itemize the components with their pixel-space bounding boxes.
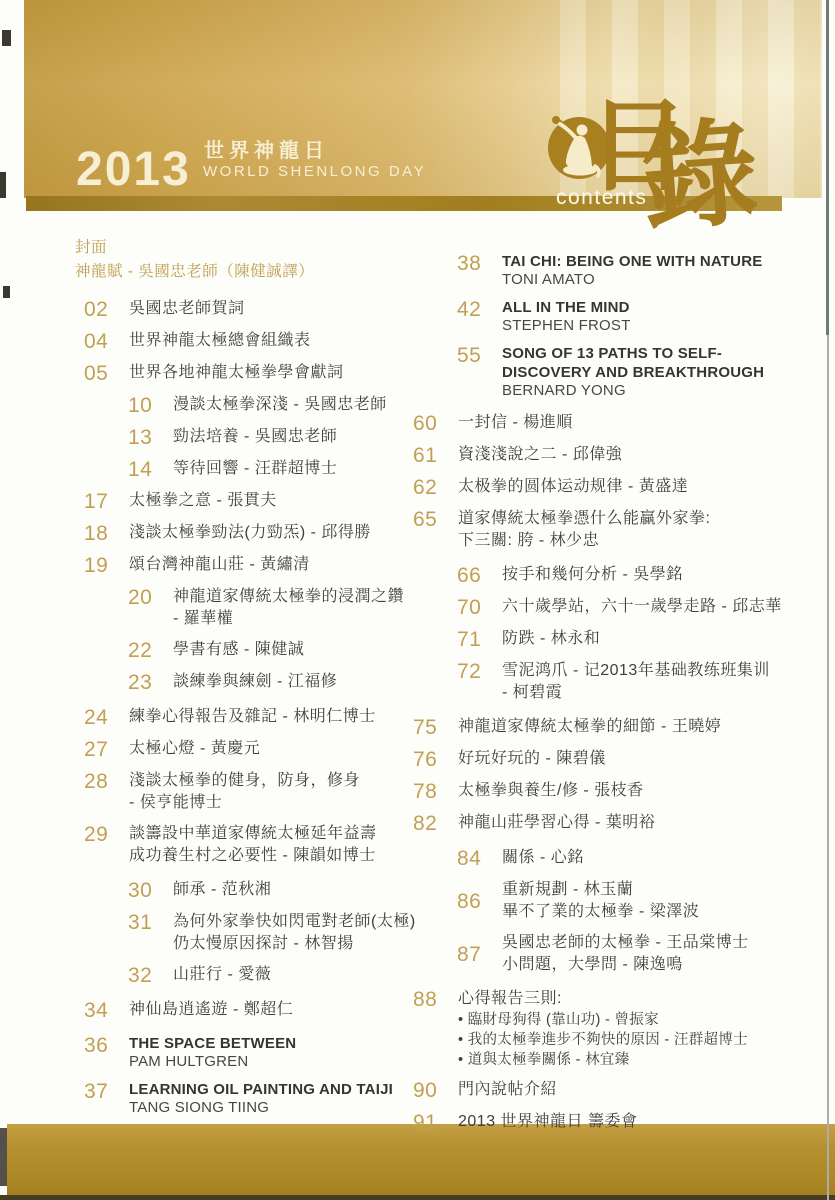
toc-page-number: 62 <box>413 476 443 499</box>
toc-title: 談練拳與練劍 - 江福修 <box>173 671 449 693</box>
header-title-english: WORLD SHENLONG DAY <box>203 163 426 180</box>
toc-title: 六十歲學站，六十一歲學走路 - 邱志華 <box>502 596 813 618</box>
toc-entry-text: 2013 世界神龍日 籌委會 <box>458 1111 813 1133</box>
toc-page-number: 72 <box>457 660 487 683</box>
toc-title: 畢不了業的太極拳 - 梁澤波 <box>502 901 813 923</box>
toc-title: 仍太慢原因探討 - 林智揚 <box>173 933 449 955</box>
toc-entry-text: 太極拳之意 - 張貫夫 <box>129 490 449 512</box>
contents-label: contents <box>556 186 647 210</box>
toc-entry: 17太極拳之意 - 張貫夫 <box>84 490 449 513</box>
toc-entry-text: 防跌 - 林永和 <box>502 628 813 650</box>
scan-artifact <box>0 172 6 198</box>
toc-page-number: 02 <box>84 298 114 321</box>
toc-entry: 32山莊行 - 愛薇 <box>128 964 449 987</box>
toc-title: - 侯亨能博士 <box>129 792 449 814</box>
toc-title: 資淺淺說之二 - 邱偉強 <box>458 444 813 466</box>
toc-entry: 72雪泥鸿爪 - 记2013年基础教练班集训- 柯碧霞 <box>457 660 813 704</box>
toc-entry: 18淺談太極拳勁法(力勁炁) - 邱得勝 <box>84 522 449 545</box>
toc-entry-text: 為何外家拳快如閃電對老師(太極)仍太慢原因探討 - 林智揚 <box>173 911 449 955</box>
toc-title: 重新規劃 - 林玉蘭 <box>502 879 813 901</box>
toc-entry: 84關係 - 心銘 <box>457 847 813 870</box>
toc-entry-text: 太極拳與養生/修 - 張枝香 <box>458 780 813 802</box>
toc-page-number: 42 <box>457 298 487 321</box>
toc-entry-text: 練拳心得報告及雜記 - 林明仁博士 <box>129 706 449 728</box>
toc-entry: 36THE SPACE BETWEENPAM HULTGREN <box>84 1034 449 1071</box>
toc-entry: 20神龍道家傳統太極拳的浸潤之鑽- 羅華權 <box>128 586 449 630</box>
toc-entry-text: 道家傳統太極拳憑什么能贏外家拳:下三關: 胯 - 林少忠 <box>458 508 813 552</box>
toc-entry-text: 關係 - 心銘 <box>502 847 813 869</box>
toc-page-number: 19 <box>84 554 114 577</box>
toc-entry: 62太极拳的圆体运动规律 - 黃盛達 <box>413 476 813 499</box>
toc-page-number: 14 <box>128 458 158 481</box>
toc-entry-text: 神龍道家傳統太極拳的浸潤之鑽- 羅華權 <box>173 586 449 630</box>
toc-title: THE SPACE BETWEEN <box>129 1034 449 1053</box>
toc-title: 心得報告三則: <box>458 988 813 1010</box>
toc-page-number: 36 <box>84 1034 114 1057</box>
scan-artifact <box>3 286 10 298</box>
toc-author: BERNARD YONG <box>502 382 813 400</box>
toc-entry: 24練拳心得報告及雜記 - 林明仁博士 <box>84 706 449 729</box>
header-title-chinese: 世界神龍日 <box>204 134 329 163</box>
toc-page-number: 32 <box>128 964 158 987</box>
toc-title: 2013 世界神龍日 籌委會 <box>458 1111 813 1133</box>
toc-title: 淺談太極拳勁法(力勁炁) - 邱得勝 <box>129 522 449 544</box>
toc-page-number: 37 <box>84 1080 114 1103</box>
toc-title: ALL IN THE MIND <box>502 298 813 317</box>
toc-page-number: 13 <box>128 426 158 449</box>
toc-entry-text: 神龍山莊學習心得 - 葉明裕 <box>458 812 813 834</box>
toc-entry: 19頌台灣神龍山莊 - 黃繡清 <box>84 554 449 577</box>
toc-entry-text: 太极拳的圆体运动规律 - 黃盛達 <box>458 476 813 498</box>
toc-entry-text: 淺談太極拳的健身，防身，修身- 侯亨能博士 <box>129 770 449 814</box>
toc-entry: 27太極心燈 - 黃慶元 <box>84 738 449 761</box>
toc-title: 太极拳的圆体运动规律 - 黃盛達 <box>458 476 813 498</box>
toc-title: 下三關: 胯 - 林少忠 <box>458 530 813 552</box>
toc-entry: 61資淺淺說之二 - 邱偉強 <box>413 444 813 467</box>
toc-entry-text: LEARNING OIL PAINTING AND TAIJITANG SION… <box>129 1080 449 1117</box>
toc-entry-text: THE SPACE BETWEENPAM HULTGREN <box>129 1034 449 1071</box>
toc-title: 防跌 - 林永和 <box>502 628 813 650</box>
toc-page-number: 27 <box>84 738 114 761</box>
toc-entry: 29談籌設中華道家傳統太極延年益壽成功養生村之必要性 - 陳韻如博士 <box>84 823 449 867</box>
toc-title: 神仙島逍遙遊 - 鄭超仁 <box>129 999 449 1021</box>
toc-entry: 76好玩好玩的 - 陳碧儀 <box>413 748 813 771</box>
toc-intro-line: 神龍賦 - 吳國忠老師（陳健誠譯） <box>75 260 449 284</box>
toc-entry: 04世界神龍太極總會組織表 <box>84 330 449 353</box>
toc-title: 吳國忠老師賀詞 <box>129 298 449 320</box>
toc-title: 等待回響 - 汪群超博士 <box>173 458 449 480</box>
toc-entry-text: 吳國忠老師的太極拳 - 王品棠博士小問題，大學問 - 陳逸鳴 <box>502 932 813 976</box>
toc-page-number: 29 <box>84 823 114 846</box>
toc-entry: 34神仙島逍遙遊 - 鄭超仁 <box>84 999 449 1022</box>
toc-entry-text: 頌台灣神龍山莊 - 黃繡清 <box>129 554 449 576</box>
toc-entry: 86重新規劃 - 林玉蘭畢不了業的太極拳 - 梁澤波 <box>457 879 813 923</box>
toc-title: 師承 - 范秋湘 <box>173 879 449 901</box>
toc-column-right: 38TAI CHI: BEING ONE WITH NATURETONI AMA… <box>413 252 813 1143</box>
toc-page-number: 76 <box>413 748 443 771</box>
toc-title: 好玩好玩的 - 陳碧儀 <box>458 748 813 770</box>
toc-page-number: 20 <box>128 586 158 609</box>
toc-entry-text: 好玩好玩的 - 陳碧儀 <box>458 748 813 770</box>
toc-title: 學書有感 - 陳健誠 <box>173 639 449 661</box>
toc-entry: 71防跌 - 林永和 <box>457 628 813 651</box>
toc-page-number: 24 <box>84 706 114 729</box>
toc-entry: 78太極拳與養生/修 - 張枝香 <box>413 780 813 803</box>
toc-title: 山莊行 - 愛薇 <box>173 964 449 986</box>
toc-entry-text: 談籌設中華道家傳統太極延年益壽成功養生村之必要性 - 陳韻如博士 <box>129 823 449 867</box>
toc-entry: 37LEARNING OIL PAINTING AND TAIJITANG SI… <box>84 1080 449 1117</box>
toc-entry: 14等待回響 - 汪群超博士 <box>128 458 449 481</box>
toc-page-number: 84 <box>457 847 487 870</box>
toc-intro: 封面 神龍賦 - 吳國忠老師（陳健誠譯） <box>75 236 449 284</box>
scan-artifact <box>2 30 11 46</box>
toc-page-number: 86 <box>457 890 487 913</box>
toc-entry: 82神龍山莊學習心得 - 葉明裕 <box>413 812 813 835</box>
toc-page-number: 05 <box>84 362 114 385</box>
toc-title: 雪泥鸿爪 - 记2013年基础教练班集训 <box>502 660 813 682</box>
toc-title: 神龍道家傳統太極拳的細節 - 王曉婷 <box>458 716 813 738</box>
toc-page-number: 87 <box>457 943 487 966</box>
toc-title: 為何外家拳快如閃電對老師(太極) <box>173 911 449 933</box>
toc-title: 一封信 - 楊進順 <box>458 412 813 434</box>
toc-page-number: 23 <box>128 671 158 694</box>
toc-page-number: 31 <box>128 911 158 934</box>
toc-page-number: 28 <box>84 770 114 793</box>
toc-title: 神龍山莊學習心得 - 葉明裕 <box>458 812 813 834</box>
toc-page-number: 04 <box>84 330 114 353</box>
toc-entry-text: 等待回響 - 汪群超博士 <box>173 458 449 480</box>
toc-entry: 13勁法培養 - 吳國忠老師 <box>128 426 449 449</box>
toc-entry-text: TAI CHI: BEING ONE WITH NATURETONI AMATO <box>502 252 813 289</box>
toc-page-number: 66 <box>457 564 487 587</box>
toc-title: 成功養生村之必要性 - 陳韻如博士 <box>129 845 449 867</box>
toc-author: TONI AMATO <box>502 271 813 289</box>
toc-entry: 87吳國忠老師的太極拳 - 王品棠博士小問題，大學問 - 陳逸鳴 <box>457 932 813 976</box>
toc-page-number: 60 <box>413 412 443 435</box>
toc-title: 太極心燈 - 黃慶元 <box>129 738 449 760</box>
toc-author: STEPHEN FROST <box>502 317 813 335</box>
toc-page-number: 88 <box>413 988 443 1011</box>
toc-page-number: 38 <box>457 252 487 275</box>
toc-entry: 88心得報告三則:• 臨財母狗得 (靠山功) - 曾振家• 我的太極拳進步不夠快… <box>413 988 813 1070</box>
toc-entry-text: 山莊行 - 愛薇 <box>173 964 449 986</box>
toc-entry: 22學書有感 - 陳健誠 <box>128 639 449 662</box>
toc-title: 太極拳與養生/修 - 張枝香 <box>458 780 813 802</box>
toc-entry: 66按手和幾何分析 - 吳學銘 <box>457 564 813 587</box>
toc-entry-text: 神龍道家傳統太極拳的細節 - 王曉婷 <box>458 716 813 738</box>
toc-author: PAM HULTGREN <box>129 1053 449 1071</box>
toc-entry-text: 門內說帖介紹 <box>458 1079 813 1101</box>
toc-title: 道家傳統太極拳憑什么能贏外家拳: <box>458 508 813 530</box>
toc-entry-text: 雪泥鸿爪 - 记2013年基础教练班集训- 柯碧霞 <box>502 660 813 704</box>
toc-bullet-item: • 道與太極拳關係 - 林宜臻 <box>458 1050 813 1070</box>
toc-title: 關係 - 心銘 <box>502 847 813 869</box>
toc-title: 世界神龍太極總會組織表 <box>129 330 449 352</box>
toc-page-number: 55 <box>457 344 487 367</box>
toc-title: 神龍道家傳統太極拳的浸潤之鑽 <box>173 586 449 608</box>
toc-page-number: 34 <box>84 999 114 1022</box>
toc-title: 談籌設中華道家傳統太極延年益壽 <box>129 823 449 845</box>
toc-entry-text: 神仙島逍遙遊 - 鄭超仁 <box>129 999 449 1021</box>
toc-entry: 31為何外家拳快如閃電對老師(太極)仍太慢原因探討 - 林智揚 <box>128 911 449 955</box>
toc-entry-text: 吳國忠老師賀詞 <box>129 298 449 320</box>
toc-entry-text: ALL IN THE MINDSTEPHEN FROST <box>502 298 813 335</box>
scan-artifact <box>0 1128 7 1186</box>
toc-entry: 30師承 - 范秋湘 <box>128 879 449 902</box>
contents-logo-char-lu: 錄 <box>638 114 762 238</box>
toc-page-number: 91 <box>413 1111 443 1134</box>
toc-page-number: 65 <box>413 508 443 531</box>
toc-entry-text: 談練拳與練劍 - 江福修 <box>173 671 449 693</box>
toc-intro-line: 封面 <box>75 236 449 260</box>
toc-page-number: 71 <box>457 628 487 651</box>
toc-entry: 10漫談太極拳深淺 - 吳國忠老師 <box>128 394 449 417</box>
toc-page-number: 61 <box>413 444 443 467</box>
scan-edge-line-dark <box>826 0 829 335</box>
toc-title: - 柯碧霞 <box>502 682 813 704</box>
scan-bottom-edge <box>0 1195 835 1200</box>
toc-entry-text: 一封信 - 楊進順 <box>458 412 813 434</box>
toc-page-number: 90 <box>413 1079 443 1102</box>
toc-title: LEARNING OIL PAINTING AND TAIJI <box>129 1080 449 1099</box>
toc-bullet-item: • 臨財母狗得 (靠山功) - 曾振家 <box>458 1010 813 1030</box>
toc-page-number: 10 <box>128 394 158 417</box>
toc-entry-text: 按手和幾何分析 - 吳學銘 <box>502 564 813 586</box>
toc-entry: 90門內說帖介紹 <box>413 1079 813 1102</box>
toc-page-number: 82 <box>413 812 443 835</box>
toc-entry-text: 資淺淺說之二 - 邱偉強 <box>458 444 813 466</box>
toc-title: 淺談太極拳的健身，防身，修身 <box>129 770 449 792</box>
toc-page-number: 75 <box>413 716 443 739</box>
scanned-page: 2013 世界神龍日 WORLD SHENLONG DAY 目 錄 conten… <box>0 0 835 1200</box>
toc-entry: 02吳國忠老師賀詞 <box>84 298 449 321</box>
toc-title: 漫談太極拳深淺 - 吳國忠老師 <box>173 394 449 416</box>
toc-entry-text: 世界神龍太極總會組織表 <box>129 330 449 352</box>
toc-entry-text: 勁法培養 - 吳國忠老師 <box>173 426 449 448</box>
toc-page-number: 30 <box>128 879 158 902</box>
toc-title: DISCOVERY AND BREAKTHROUGH <box>502 363 813 382</box>
toc-entry-text: 師承 - 范秋湘 <box>173 879 449 901</box>
toc-column-left: 封面 神龍賦 - 吳國忠老師（陳健誠譯） 02吳國忠老師賀詞04世界神龍太極總會… <box>84 236 449 1126</box>
toc-entry: 42ALL IN THE MINDSTEPHEN FROST <box>457 298 813 335</box>
toc-title: 練拳心得報告及雜記 - 林明仁博士 <box>129 706 449 728</box>
toc-entry: 38TAI CHI: BEING ONE WITH NATURETONI AMA… <box>457 252 813 289</box>
toc-entry-text: 世界各地神龍太極拳學會獻詞 <box>129 362 449 384</box>
header-year: 2013 <box>76 142 191 197</box>
toc-entry-text: 淺談太極拳勁法(力勁炁) - 邱得勝 <box>129 522 449 544</box>
toc-title: 勁法培養 - 吳國忠老師 <box>173 426 449 448</box>
toc-entry: 70六十歲學站，六十一歲學走路 - 邱志華 <box>457 596 813 619</box>
toc-entry: 65道家傳統太極拳憑什么能贏外家拳:下三關: 胯 - 林少忠 <box>413 508 813 552</box>
toc-entry: 55SONG OF 13 PATHS TO SELF-DISCOVERY AND… <box>457 344 813 400</box>
toc-title: SONG OF 13 PATHS TO SELF- <box>502 344 813 363</box>
toc-entry: 05世界各地神龍太極拳學會獻詞 <box>84 362 449 385</box>
toc-entries-left: 02吳國忠老師賀詞04世界神龍太極總會組織表05世界各地神龍太極拳學會獻詞10漫… <box>84 298 449 1117</box>
toc-title: 小問題，大學問 - 陳逸鳴 <box>502 954 813 976</box>
toc-title: 頌台灣神龍山莊 - 黃繡清 <box>129 554 449 576</box>
toc-entry-text: 漫談太極拳深淺 - 吳國忠老師 <box>173 394 449 416</box>
toc-title: 世界各地神龍太極拳學會獻詞 <box>129 362 449 384</box>
toc-page-number: 17 <box>84 490 114 513</box>
toc-entry-text: 太極心燈 - 黃慶元 <box>129 738 449 760</box>
toc-bullet-item: • 我的太極拳進步不夠快的原因 - 汪群超博士 <box>458 1030 813 1050</box>
toc-entry: 60一封信 - 楊進順 <box>413 412 813 435</box>
toc-title: 門內說帖介紹 <box>458 1079 813 1101</box>
toc-page-number: 70 <box>457 596 487 619</box>
toc-entry: 75神龍道家傳統太極拳的細節 - 王曉婷 <box>413 716 813 739</box>
toc-entry-text: 心得報告三則:• 臨財母狗得 (靠山功) - 曾振家• 我的太極拳進步不夠快的原… <box>458 988 813 1070</box>
toc-title: TAI CHI: BEING ONE WITH NATURE <box>502 252 813 271</box>
toc-title: 吳國忠老師的太極拳 - 王品棠博士 <box>502 932 813 954</box>
toc-entry-text: 六十歲學站，六十一歲學走路 - 邱志華 <box>502 596 813 618</box>
toc-title: 按手和幾何分析 - 吳學銘 <box>502 564 813 586</box>
toc-entries-right: 38TAI CHI: BEING ONE WITH NATURETONI AMA… <box>413 252 813 1134</box>
toc-entry-text: 學書有感 - 陳健誠 <box>173 639 449 661</box>
toc-page-number: 18 <box>84 522 114 545</box>
toc-entry: 28淺談太極拳的健身，防身，修身- 侯亨能博士 <box>84 770 449 814</box>
toc-page-number: 78 <box>413 780 443 803</box>
toc-title: - 羅華權 <box>173 608 449 630</box>
toc-author: TANG SIONG TIING <box>129 1099 449 1117</box>
toc-entry: 23談練拳與練劍 - 江福修 <box>128 671 449 694</box>
toc-title: 太極拳之意 - 張貫夫 <box>129 490 449 512</box>
toc-entry-text: 重新規劃 - 林玉蘭畢不了業的太極拳 - 梁澤波 <box>502 879 813 923</box>
toc-page-number: 22 <box>128 639 158 662</box>
toc-entry: 912013 世界神龍日 籌委會 <box>413 1111 813 1134</box>
toc-entry-text: SONG OF 13 PATHS TO SELF-DISCOVERY AND B… <box>502 344 813 400</box>
